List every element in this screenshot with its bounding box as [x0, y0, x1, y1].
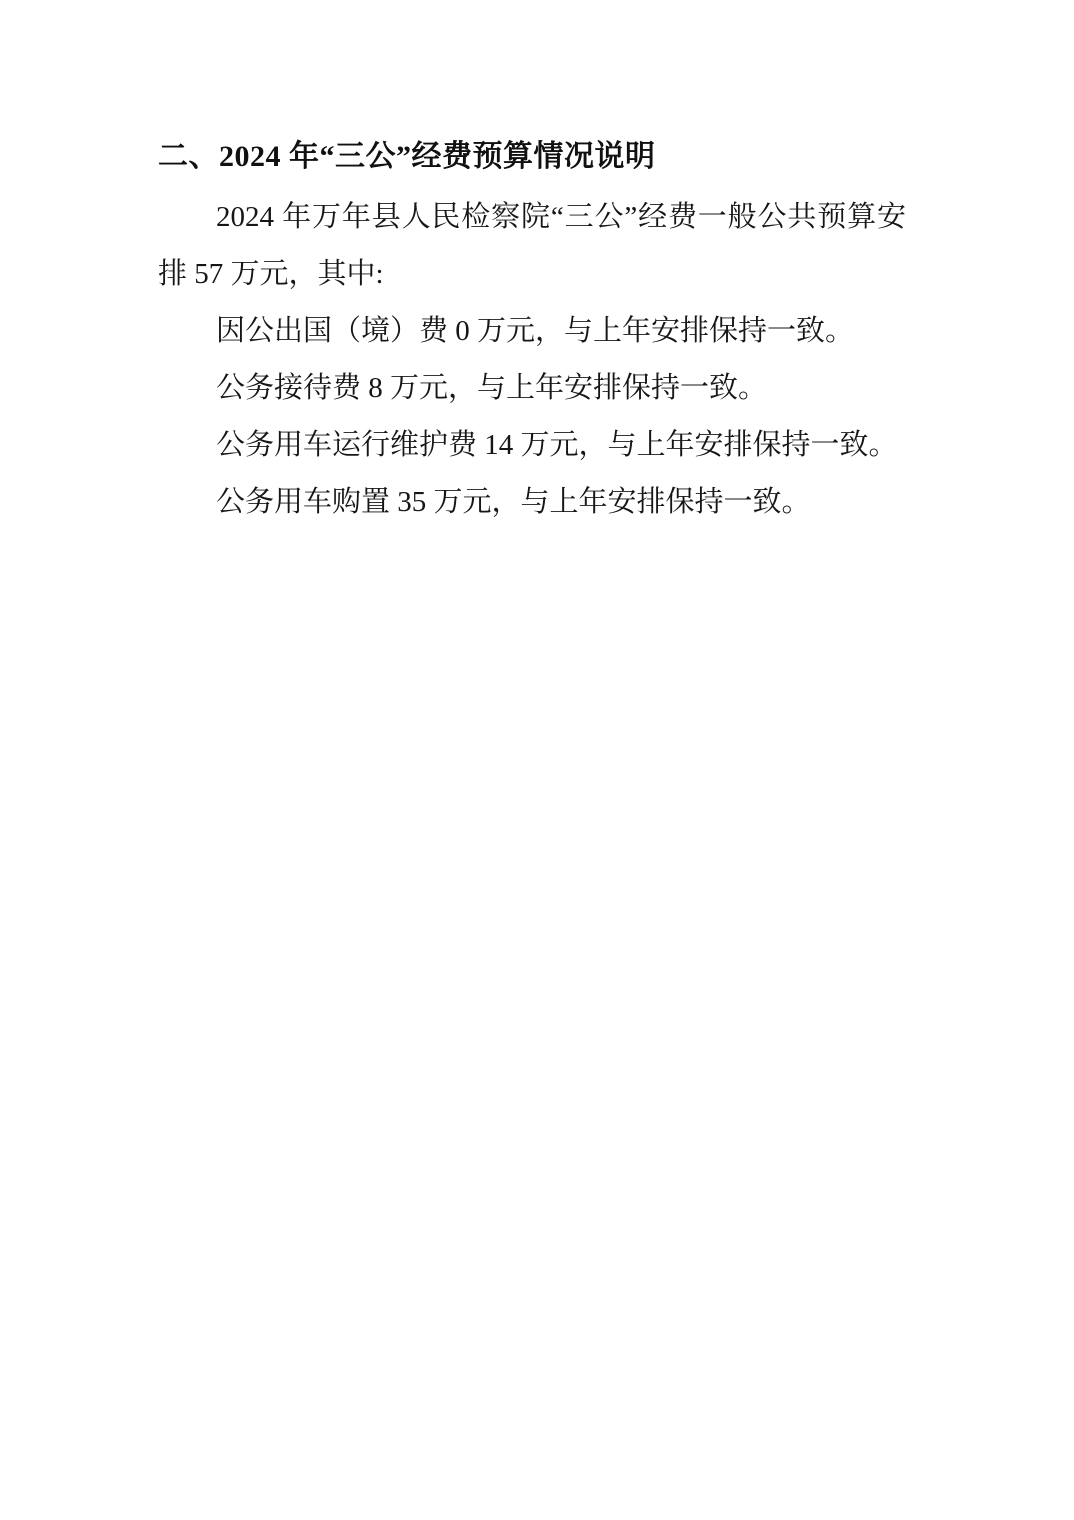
paragraph-reception-fee: 公务接待费 8 万元，与上年安排保持一致。 [158, 360, 906, 417]
paragraph-vehicle-purchase-fee: 公务用车购置 35 万元，与上年安排保持一致。 [158, 474, 906, 531]
paragraph-budget-summary: 2024 年万年县人民检察院“三公”经费一般公共预算安排 57 万元，其中: [158, 189, 906, 303]
section-heading: 二、2024 年“三公”经费预算情况说明 [158, 128, 906, 185]
paragraph-abroad-fee: 因公出国（境）费 0 万元，与上年安排保持一致。 [158, 303, 906, 360]
paragraph-vehicle-maintenance-fee: 公务用车运行维护费 14 万元，与上年安排保持一致。 [158, 417, 906, 474]
document-page: 二、2024 年“三公”经费预算情况说明 2024 年万年县人民检察院“三公”经… [0, 0, 1074, 1520]
